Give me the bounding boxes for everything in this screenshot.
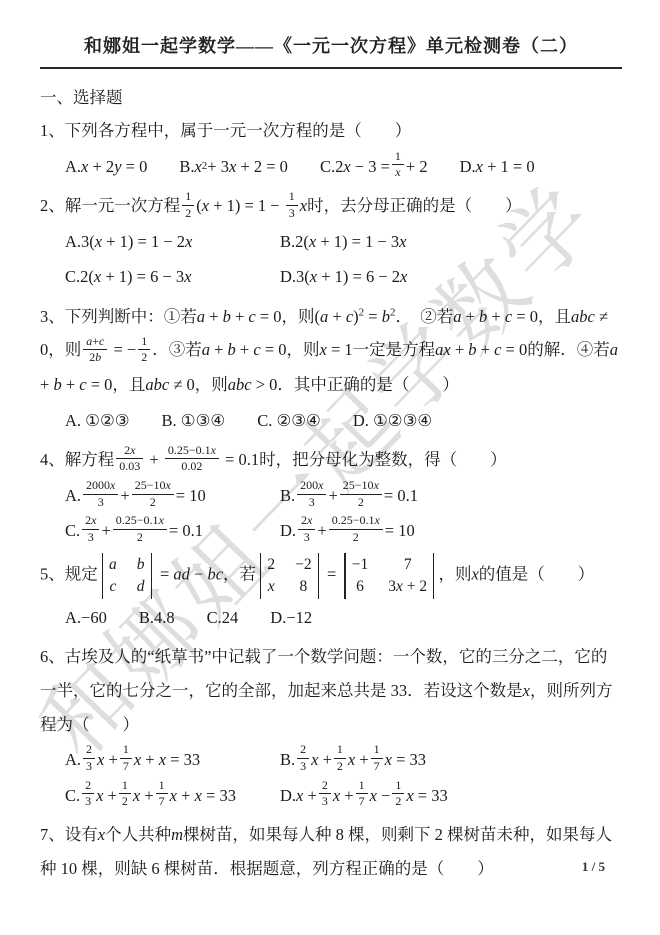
- math-run: +: [328, 480, 337, 512]
- determinant-cell: b: [137, 554, 145, 576]
- text-run: ．③若: [152, 340, 202, 359]
- text-run: 1、下列各方程中，属于一元一次方程的是（ ）: [40, 121, 411, 140]
- math-run: x: [98, 825, 105, 844]
- text-run: A.: [65, 151, 81, 183]
- math-run: = ad − bc: [156, 565, 223, 584]
- determinant-cell: −1: [352, 554, 369, 576]
- math-run: = 10: [176, 480, 206, 512]
- option: C. ②③④: [257, 405, 321, 437]
- math-run: = 10: [385, 515, 415, 547]
- text-run: ，则: [282, 307, 315, 326]
- math-run: m: [171, 825, 183, 844]
- math-run: a + b + c = 0: [202, 340, 287, 359]
- math-run: 3(x + 1) = 6 − 2x: [296, 261, 407, 293]
- math-run: ax + b + c = 0: [435, 340, 527, 359]
- option-row: A. −60B. 4.8C. 24D. −12: [65, 602, 622, 634]
- math-run: x +: [296, 780, 317, 812]
- option-row: C. 2(x + 1) = 6 − 3xD. 3(x + 1) = 6 − 2x: [65, 261, 622, 293]
- text-run: ．其中正确的是（ ）: [277, 375, 459, 394]
- fraction-denominator: 3: [286, 206, 298, 222]
- fraction-denominator: 3: [297, 759, 309, 775]
- fraction-denominator: 0.03: [116, 459, 143, 475]
- math-run: x = 33: [385, 744, 426, 776]
- fraction-denominator: 3: [82, 794, 94, 810]
- math-run: = 0.1: [384, 480, 418, 512]
- fraction-denominator: 7: [120, 759, 132, 775]
- math-run: x: [523, 681, 530, 700]
- text-run: C.: [65, 780, 80, 812]
- math-fraction: 12: [392, 778, 404, 810]
- option: B. 2(x + 1) = 1 − 3x: [280, 226, 406, 258]
- math-run: a + b + c = 0: [197, 307, 282, 326]
- question-stem: 2、解一元一次方程12(x + 1) = 1 − 13x时，去分母正确的是（ ）: [40, 189, 622, 223]
- option: C. 24: [207, 602, 239, 634]
- determinant-cell: −2: [295, 554, 312, 576]
- fraction-denominator: 2: [119, 794, 131, 810]
- math-run: −12: [286, 602, 312, 634]
- determinant-cell: c: [109, 576, 116, 598]
- math-fraction: 23: [83, 742, 95, 774]
- math-fraction: 2x0.03: [116, 443, 143, 475]
- option: B. 4.8: [139, 602, 175, 634]
- text-run: 4、解方程: [40, 450, 114, 469]
- text-run: 个人共种: [105, 825, 171, 844]
- fraction-denominator: 7: [356, 794, 368, 810]
- text-run: B.: [139, 602, 154, 634]
- fraction-numerator: 2: [319, 778, 331, 795]
- text-run: C.: [207, 602, 222, 634]
- option-row: C. 2x3 + 0.25−0.1x2 = 0.1D. 2x3 + 0.25−0…: [65, 515, 622, 547]
- text-run: C. ②③④: [257, 405, 321, 437]
- fraction-denominator: 2: [113, 530, 167, 546]
- question-stem: 5、规定abcd = ad − bc，若2−2x8 = −1763x + 2，则…: [40, 553, 622, 598]
- text-run: B.: [280, 744, 295, 776]
- text-run: ，且: [112, 375, 145, 394]
- math-fraction: 12: [138, 334, 150, 366]
- math-fraction: 200x3: [297, 478, 326, 510]
- math-run: +: [101, 515, 110, 547]
- option: A. ①②③: [65, 405, 130, 437]
- determinant-grid: 2−2x8: [261, 553, 317, 598]
- text-run: ，且: [538, 307, 571, 326]
- math-run: 24: [222, 602, 239, 634]
- text-run: ，则: [48, 340, 81, 359]
- math-fraction: 12: [182, 189, 194, 221]
- math-run: abc ≠ 0: [145, 375, 194, 394]
- question-1: 1、下列各方程中，属于一元一次方程的是（ ）A. x + 2y = 0B. x2…: [40, 114, 622, 183]
- determinant-cell: 2: [267, 554, 275, 576]
- math-run: x +: [97, 744, 118, 776]
- fraction-denominator: 3: [298, 530, 315, 546]
- option: B. 200x3 + 25−10x2 = 0.1: [280, 480, 418, 512]
- question-stem: 1、下列各方程中，属于一元一次方程的是（ ）: [40, 114, 622, 148]
- math-fraction: 23: [297, 742, 309, 774]
- math-run: 2(x + 1) = 1 − 3x: [295, 226, 406, 258]
- math-run: a + b + c = 0: [453, 307, 538, 326]
- fraction-numerator: 1: [120, 742, 132, 759]
- text-run: ，则: [195, 375, 228, 394]
- fraction-denominator: 7: [156, 794, 168, 810]
- option: B. ①③④: [162, 405, 226, 437]
- determinant-bar: [433, 553, 434, 598]
- math-run: =: [323, 565, 341, 584]
- text-run: B.: [179, 151, 194, 183]
- option: C. 2x3 + 0.25−0.1x2 = 0.1: [65, 515, 280, 547]
- option-row: A. 2000x3 + 25−10x2 = 10B. 200x3 + 25−10…: [65, 480, 622, 512]
- math-run: x: [194, 151, 201, 183]
- math-run: (a + c): [315, 307, 359, 326]
- question-stem: 6、古埃及人的“纸草书”中记载了一个数学问题：一个数，它的三分之二，它的一半，它…: [40, 640, 622, 741]
- text-run: D. ①②③④: [353, 405, 432, 437]
- math-run: x: [471, 565, 478, 584]
- math-fraction: 17: [120, 742, 132, 774]
- math-run: +: [317, 515, 326, 547]
- text-run: ，则: [287, 340, 320, 359]
- math-run: x: [300, 196, 307, 215]
- math-run: = 0.1: [169, 515, 203, 547]
- fraction-denominator: 2b: [83, 350, 107, 366]
- determinant: abcd: [102, 553, 152, 598]
- fraction-numerator: 1: [138, 334, 150, 351]
- fraction-numerator: 0.25−0.1x: [329, 513, 383, 530]
- fraction-denominator: 2: [340, 495, 382, 511]
- page-header: 和娜姐一起学数学——《一元一次方程》单元检测卷（二）: [40, 32, 622, 69]
- text-run: D.: [460, 151, 476, 183]
- determinant-grid: −1763x + 2: [346, 553, 433, 598]
- fraction-denominator: x: [392, 165, 404, 181]
- fraction-denominator: 2: [334, 759, 346, 775]
- fraction-denominator: 2: [329, 530, 383, 546]
- text-run: ，则: [438, 565, 471, 584]
- text-run: 时，把分母化为整数，得（ ）: [259, 450, 507, 469]
- fraction-numerator: 2000x: [83, 478, 118, 495]
- fraction-denominator: 3: [83, 759, 95, 775]
- math-run: = −: [109, 340, 136, 359]
- math-run: x = 33: [406, 780, 447, 812]
- text-run: D.: [280, 261, 296, 293]
- option: D. −12: [270, 602, 312, 634]
- determinant-cell: d: [137, 576, 145, 598]
- page-content: 和娜姐一起学数学——《一元一次方程》单元检测卷（二） 一、选择题 1、下列各方程…: [0, 0, 660, 885]
- math-run: x −: [370, 780, 391, 812]
- text-run: A.: [65, 226, 81, 258]
- determinant-bar: [151, 553, 152, 598]
- math-run: x +: [96, 780, 117, 812]
- page-number: 1 / 5: [582, 859, 605, 875]
- text-run: C.: [65, 261, 80, 293]
- option-row: A.23x + 17x + x = 33B.23x + 12x + 17x = …: [65, 744, 622, 776]
- text-run: D.: [280, 780, 296, 812]
- fraction-numerator: 1: [371, 742, 383, 759]
- fraction-numerator: 2x: [82, 513, 99, 530]
- math-run: +: [145, 450, 163, 469]
- math-fraction: 17: [356, 778, 368, 810]
- determinant-cell: x: [268, 576, 275, 598]
- text-run: 的值是（ ）: [479, 565, 595, 584]
- option-row: A. x + 2y = 0B. x2 + 3x + 2 = 0C. 2x − 3…: [65, 151, 622, 183]
- fraction-numerator: 25−10x: [132, 478, 174, 495]
- determinant-cell: 3x + 2: [388, 576, 427, 598]
- text-run: ． ②若: [395, 307, 453, 326]
- question-4: 4、解方程2x0.03 + 0.25−0.1x0.02 = 0.1时，把分母化为…: [40, 443, 622, 548]
- option: A. 2000x3 + 25−10x2 = 10: [65, 480, 280, 512]
- math-run: = b: [364, 307, 390, 326]
- document-page: 和娜姐一起学数学 和娜姐一起学数学——《一元一次方程》单元检测卷（二） 一、选择…: [0, 0, 660, 935]
- text-run: A. ①②③: [65, 405, 130, 437]
- text-run: 时，去分母正确的是（ ）: [307, 196, 522, 215]
- math-fraction: 23: [82, 778, 94, 810]
- math-run: x +: [133, 780, 154, 812]
- math-fraction: 0.25−0.1x2: [329, 513, 383, 545]
- text-run: D.: [280, 515, 296, 547]
- fraction-numerator: 1: [392, 149, 404, 166]
- text-run: 的解．④若: [527, 340, 610, 359]
- text-run: A.: [65, 744, 81, 776]
- question-2: 2、解一元一次方程12(x + 1) = 1 − 13x时，去分母正确的是（ ）…: [40, 189, 622, 294]
- fraction-denominator: 2: [392, 794, 404, 810]
- option-row: C.23x + 12x + 17x + x = 33D. x + 23x + 1…: [65, 780, 622, 812]
- math-run: x = 1: [320, 340, 353, 359]
- math-run: 2x − 3 =: [335, 151, 390, 183]
- fraction-numerator: a+c: [83, 334, 107, 351]
- fraction-denominator: 3: [82, 530, 99, 546]
- math-fraction: 17: [156, 778, 168, 810]
- option: C.23x + 12x + 17x + x = 33: [65, 780, 280, 812]
- fraction-denominator: 3: [297, 495, 326, 511]
- determinant-cell: 8: [299, 576, 307, 598]
- fraction-numerator: 1: [182, 189, 194, 206]
- option: D. x + 23x + 17x − 12x = 33: [280, 780, 448, 812]
- math-run: abc > 0: [228, 375, 278, 394]
- determinant-grid: abcd: [103, 553, 151, 598]
- option: C. 2x − 3 = 1x + 2: [320, 151, 428, 183]
- section-heading: 一、选择题: [40, 84, 622, 108]
- determinant-cell: a: [109, 554, 117, 576]
- math-run: (x + 1) = 1 −: [196, 196, 284, 215]
- question-stem: 4、解方程2x0.03 + 0.25−0.1x0.02 = 0.1时，把分母化为…: [40, 443, 622, 477]
- math-run: x + 1 = 0: [476, 151, 535, 183]
- math-fraction: 1x: [392, 149, 404, 181]
- fraction-numerator: 1: [356, 778, 368, 795]
- page-title: 和娜姐一起学数学——《一元一次方程》单元检测卷（二）: [84, 36, 578, 56]
- fraction-denominator: 2: [132, 495, 174, 511]
- math-fraction: 0.25−0.1x2: [113, 513, 167, 545]
- option-row: A. 3(x + 1) = 1 − 2xB. 2(x + 1) = 1 − 3x: [65, 226, 622, 258]
- math-run: x + x = 33: [134, 744, 200, 776]
- option: D. ①②③④: [353, 405, 432, 437]
- question-stem: 3、下列判断中：①若a + b + c = 0，则(a + c)2 = b2． …: [40, 300, 622, 402]
- determinant-cell: 6: [356, 576, 364, 598]
- option: A. 3(x + 1) = 1 − 2x: [65, 226, 280, 258]
- question-3: 3、下列判断中：①若a + b + c = 0，则(a + c)2 = b2． …: [40, 300, 622, 437]
- option: A. −60: [65, 602, 107, 634]
- math-fraction: 2000x3: [83, 478, 118, 510]
- fraction-numerator: 25−10x: [340, 478, 382, 495]
- text-run: B.: [280, 226, 295, 258]
- question-6: 6、古埃及人的“纸草书”中记载了一个数学问题：一个数，它的三分之二，它的一半，它…: [40, 640, 622, 812]
- text-run: 3、下列判断中：①若: [40, 307, 197, 326]
- math-fraction: 12: [119, 778, 131, 810]
- fraction-numerator: 2x: [298, 513, 315, 530]
- option: D. 2x3 + 0.25−0.1x2 = 10: [280, 515, 415, 547]
- math-run: 3(x + 1) = 1 − 2x: [81, 226, 192, 258]
- option: D. x + 1 = 0: [460, 151, 535, 183]
- math-run: x + 2y = 0: [81, 151, 147, 183]
- fraction-numerator: 2: [82, 778, 94, 795]
- fraction-numerator: 0.25−0.1x: [165, 443, 219, 460]
- text-run: C.: [65, 515, 80, 547]
- text-run: 5、规定: [40, 565, 98, 584]
- option: B. x2 + 3x + 2 = 0: [179, 151, 288, 183]
- text-run: B.: [280, 480, 295, 512]
- question-stem: 7、设有x个人共种m棵树苗，如果每人种 8 棵，则剩下 2 棵树苗未种，如果每人…: [40, 818, 622, 886]
- math-run: 4.8: [154, 602, 175, 634]
- option-row: A. ①②③B. ①③④C. ②③④D. ①②③④: [65, 405, 622, 437]
- fraction-denominator: 7: [371, 759, 383, 775]
- math-run: +: [120, 480, 129, 512]
- math-run: x +: [311, 744, 332, 776]
- fraction-denominator: 3: [83, 495, 118, 511]
- fraction-numerator: 1: [392, 778, 404, 795]
- fraction-numerator: 1: [156, 778, 168, 795]
- fraction-denominator: 2: [182, 206, 194, 222]
- option: A.23x + 17x + x = 33: [65, 744, 280, 776]
- text-run: 7、设有: [40, 825, 98, 844]
- math-run: 2(x + 1) = 6 − 3x: [80, 261, 191, 293]
- fraction-numerator: 1: [286, 189, 298, 206]
- fraction-denominator: 2: [138, 350, 150, 366]
- text-run: ，若: [223, 565, 256, 584]
- math-fraction: 25−10x2: [340, 478, 382, 510]
- question-7: 7、设有x个人共种m棵树苗，如果每人种 8 棵，则剩下 2 棵树苗未种，如果每人…: [40, 818, 622, 886]
- fraction-numerator: 2: [297, 742, 309, 759]
- math-run: −60: [81, 602, 107, 634]
- fraction-numerator: 200x: [297, 478, 326, 495]
- math-fraction: 25−10x2: [132, 478, 174, 510]
- text-run: 2、解一元一次方程: [40, 196, 180, 215]
- text-run: A.: [65, 480, 81, 512]
- fraction-denominator: 3: [319, 794, 331, 810]
- text-run: D.: [270, 602, 286, 634]
- math-run: + 2: [406, 151, 428, 183]
- math-run: = 0.1: [221, 450, 259, 469]
- option: D. 3(x + 1) = 6 − 2x: [280, 261, 407, 293]
- math-run: x + x = 33: [170, 780, 236, 812]
- option: B.23x + 12x + 17x = 33: [280, 744, 426, 776]
- determinant-cell: 7: [404, 554, 412, 576]
- text-run: A.: [65, 602, 81, 634]
- determinant: −1763x + 2: [344, 553, 434, 598]
- fraction-denominator: 0.02: [165, 459, 219, 475]
- text-run: C.: [320, 151, 335, 183]
- math-fraction: a+c2b: [83, 334, 107, 366]
- question-list: 1、下列各方程中，属于一元一次方程的是（ ）A. x + 2y = 0B. x2…: [40, 114, 622, 885]
- fraction-numerator: 0.25−0.1x: [113, 513, 167, 530]
- fraction-numerator: 1: [119, 778, 131, 795]
- text-run: B. ①③④: [162, 405, 226, 437]
- math-fraction: 12: [334, 742, 346, 774]
- question-5: 5、规定abcd = ad − bc，若2−2x8 = −1763x + 2，则…: [40, 553, 622, 634]
- math-fraction: 2x3: [82, 513, 99, 545]
- math-run: x +: [348, 744, 369, 776]
- option: C. 2(x + 1) = 6 − 3x: [65, 261, 280, 293]
- text-run: 一定是方程: [353, 340, 436, 359]
- determinant-bar: [318, 553, 319, 598]
- math-run: + 3x + 2 = 0: [207, 151, 288, 183]
- determinant: 2−2x8: [260, 553, 319, 598]
- fraction-numerator: 2: [83, 742, 95, 759]
- math-fraction: 23: [319, 778, 331, 810]
- math-fraction: 2x3: [298, 513, 315, 545]
- fraction-numerator: 1: [334, 742, 346, 759]
- math-fraction: 13: [286, 189, 298, 221]
- option: A. x + 2y = 0: [65, 151, 147, 183]
- math-fraction: 17: [371, 742, 383, 774]
- math-run: x +: [333, 780, 354, 812]
- math-fraction: 0.25−0.1x0.02: [165, 443, 219, 475]
- fraction-numerator: 2x: [116, 443, 143, 460]
